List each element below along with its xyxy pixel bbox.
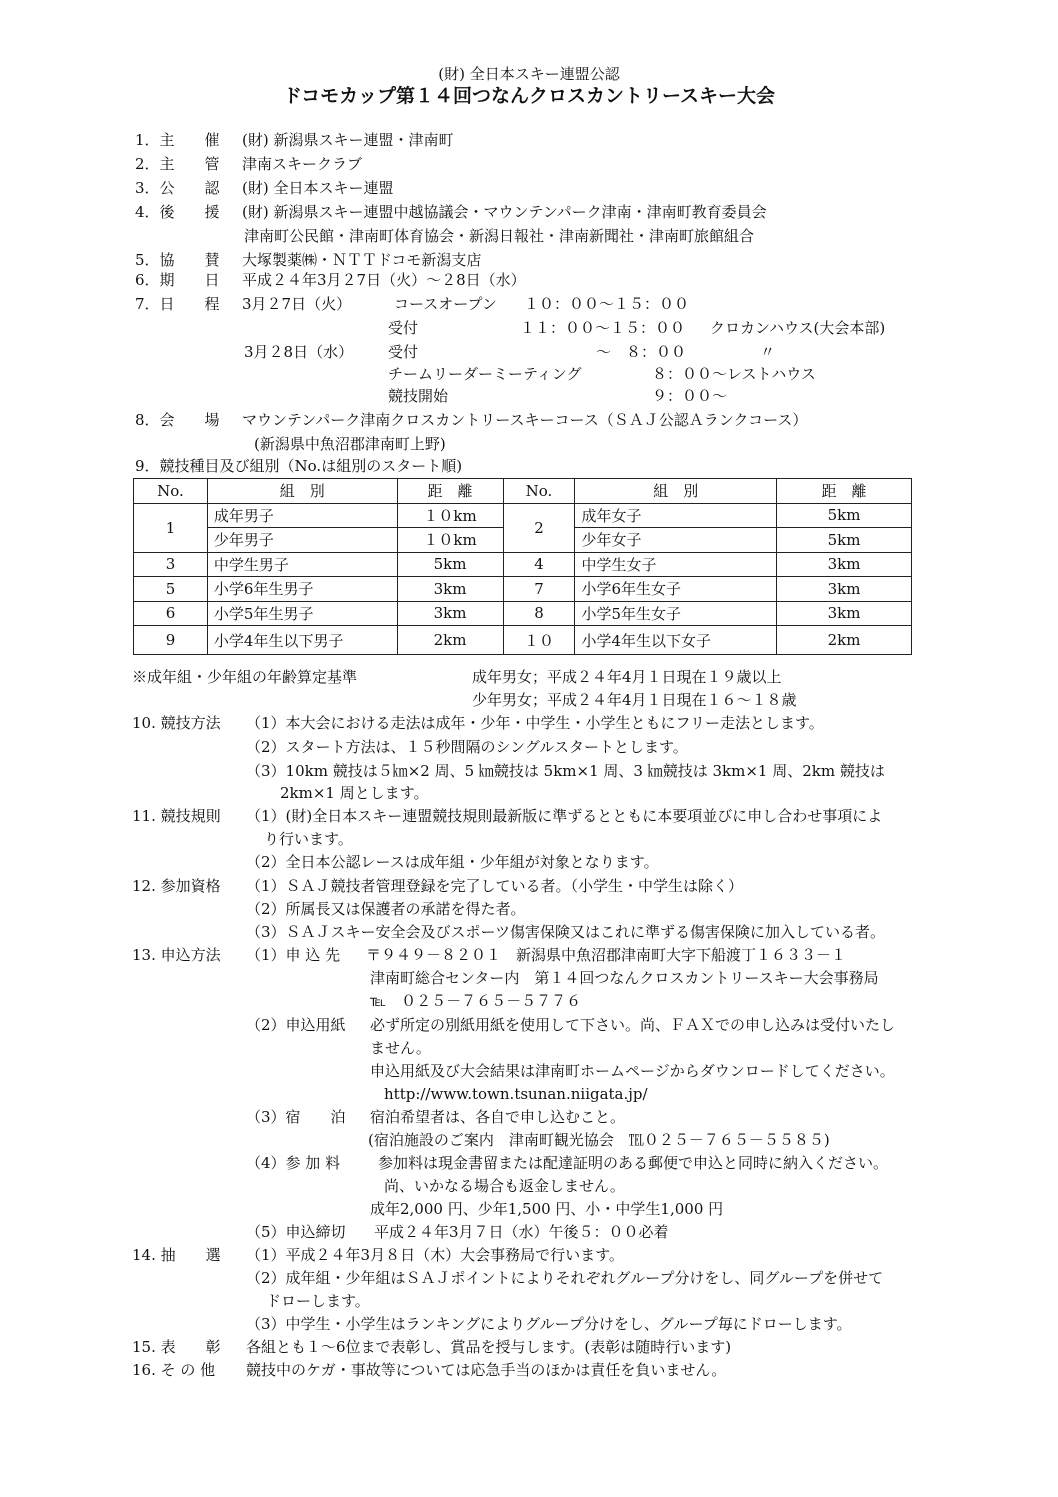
table-cell-category: 小学5年生女子 <box>575 601 777 626</box>
table-row: 5 小学6年生男子 3km 7 小学6年生女子 3km <box>134 577 912 602</box>
table-header: No. <box>134 479 208 504</box>
table-cell-category: 小学5年生男子 <box>207 601 397 626</box>
lodging-label: （3）宿 泊 <box>246 1107 346 1127</box>
schedule-day-1: 3月２7日（火） <box>242 294 351 314</box>
section-16-text: 競技中のケガ・事故等については応急手当のほかは責任を負いません。 <box>246 1360 726 1380</box>
categories-table: No. 組 別 距 離 No. 組 別 距 離 1 成年男子 １０km 2 成年… <box>133 478 912 655</box>
section-10-p3: （3）10km 競技は５㎞×2 周、5 ㎞競技は 5km×1 周、3 ㎞競技は … <box>246 761 885 781</box>
table-row: 1 成年男子 １０km 2 成年女子 5km <box>134 503 912 528</box>
item-8-text: マウンテンパーク津南クロスカントリースキーコース（ＳＡＪ公認Ａランクコース） <box>242 410 807 430</box>
document-subtitle: (財) 全日本スキー連盟公認 <box>0 64 1058 84</box>
schedule-reception-1-time: １１：００～１５：００ <box>520 318 685 338</box>
section-15-text: 各組とも１～6位まで表彰し、賞品を授与します。(表彰は随時行います) <box>246 1337 731 1357</box>
section-14-p1: （1）平成２４年3月８日（木）大会事務局で行います。 <box>246 1245 624 1265</box>
table-cell-no: 8 <box>503 601 575 626</box>
table-header: 距 離 <box>777 479 912 504</box>
table-cell-distance: 5km <box>777 528 912 553</box>
section-14-p3: （3）中学生・小学生はランキングによりグループ分けをし、グループ毎にドローします… <box>246 1314 852 1334</box>
apply-to-address: 〒９４９－８２０１ 新潟県中魚沼郡津南町大字下船渡丁１６３３－１ <box>366 945 846 965</box>
application-form-text: 必ず所定の別紙用紙を使用して下さい。尚、ＦＡＸでの申し込みは受付いたし <box>370 1015 895 1035</box>
apply-to-phone: ℡ ０２５－７６５－５７７６ <box>370 991 581 1011</box>
table-cell-category: 少年女子 <box>575 528 777 553</box>
item-3-text: (財) 全日本スキー連盟 <box>242 178 393 198</box>
schedule-start-time: ９：００～ <box>652 386 727 406</box>
entry-fee-amounts: 成年2,000 円、少年1,500 円、小・中学生1,000 円 <box>370 1199 723 1219</box>
table-cell-category: 小学4年生以下女子 <box>575 626 777 655</box>
table-cell-no: 1 <box>134 503 208 552</box>
table-cell-distance: 5km <box>777 503 912 528</box>
section-15-label: 15. 表 彰 <box>132 1337 221 1357</box>
schedule-course-open-time: １０：００～１５：００ <box>524 294 689 314</box>
table-header: 組 別 <box>575 479 777 504</box>
table-cell-no: 5 <box>134 577 208 602</box>
schedule-reception-1-label: 受付 <box>388 318 418 338</box>
table-header: No. <box>503 479 575 504</box>
section-12-p3: （3）ＳＡＪスキー安全会及びスポーツ傷害保険又はこれに準ずる傷害保険に加入してい… <box>246 922 885 942</box>
table-cell-category: 成年女子 <box>575 503 777 528</box>
table-row: 6 小学5年生男子 3km 8 小学5年生女子 3km <box>134 601 912 626</box>
entry-fee-text-2: 尚、いかなる場合も返金しません。 <box>384 1176 625 1196</box>
table-cell-distance: 3km <box>777 601 912 626</box>
section-14-p2-cont: ドローします。 <box>266 1291 370 1311</box>
entry-fee-text: 参加料は現金書留または配達証明のある郵便で申込と同時に納入ください。 <box>378 1153 888 1173</box>
apply-to-label: （1）申 込 先 <box>246 945 340 965</box>
section-11-p2: （2）全日本公認レースは成年組・少年組が対象となります。 <box>246 852 659 872</box>
schedule-meeting-label: チームリーダーミーティング <box>388 364 582 384</box>
table-cell-category: 少年男子 <box>207 528 397 553</box>
item-5-text: 大塚製薬㈱・ＮＴＴドコモ新潟支店 <box>242 250 481 270</box>
schedule-course-open-label: コースオープン <box>394 294 497 314</box>
section-12-p2: （2）所属長又は保護者の承諾を得た者。 <box>246 899 526 919</box>
table-header: 距 離 <box>397 479 503 504</box>
table-cell-distance: 3km <box>777 552 912 577</box>
deadline-label: （5）申込締切 <box>246 1222 346 1242</box>
entry-fee-label: （4）参 加 料 <box>246 1153 340 1173</box>
section-14-label: 14. 抽 選 <box>132 1245 221 1265</box>
table-cell-distance: 2km <box>777 626 912 655</box>
item-4-text-2: 津南町公民館・津南町体育協会・新潟日報社・津南新聞社・津南町旅館組合 <box>244 226 754 246</box>
table-cell-no: 3 <box>134 552 208 577</box>
table-cell-distance: 3km <box>397 577 503 602</box>
item-6-text: 平成２４年3月２7日（火）～２8日（水） <box>242 270 526 290</box>
schedule-meeting-time: ８：００～レストハウス <box>652 364 816 384</box>
schedule-reception-2-time: ～ ８：００ <box>596 342 686 362</box>
item-2-label: 2．主 管 <box>135 154 220 174</box>
table-cell-category: 中学生男子 <box>207 552 397 577</box>
item-7-label: 7．日 程 <box>135 294 220 314</box>
section-11-p1: （1）(財)全日本スキー連盟競技規則最新版に準ずるとともに本要項並びに申し合わせ… <box>246 806 882 826</box>
age-note-label: ※成年組・少年組の年齢算定基準 <box>132 667 357 687</box>
table-cell-no: 9 <box>134 626 208 655</box>
section-13-label: 13. 申込方法 <box>132 945 221 965</box>
town-website-link[interactable]: http://www.town.tsunan.niigata.jp/ <box>384 1084 648 1104</box>
table-cell-distance: １０km <box>397 528 503 553</box>
schedule-reception-1-place: クロカンハウス(大会本部) <box>710 318 885 338</box>
table-cell-category: 小学4年生以下男子 <box>207 626 397 655</box>
item-9-label: 9．競技種目及び組別（No.は組別のスタート順) <box>135 456 462 476</box>
table-cell-distance: 5km <box>397 552 503 577</box>
schedule-reception-2-label: 受付 <box>388 342 418 362</box>
table-cell-no: 6 <box>134 601 208 626</box>
application-form-text-3: 申込用紙及び大会結果は津南町ホームページからダウンロードしてください。 <box>370 1061 895 1081</box>
lodging-text: 宿泊希望者は、各自で申し込むこと。 <box>370 1107 625 1127</box>
section-10-p2: （2）スタート方法は、１５秒間隔のシングルスタートとします。 <box>246 737 688 757</box>
section-12-label: 12. 参加資格 <box>132 876 221 896</box>
table-cell-distance: 2km <box>397 626 503 655</box>
table-cell-category: 成年男子 <box>207 503 397 528</box>
table-header-row: No. 組 別 距 離 No. 組 別 距 離 <box>134 479 912 504</box>
item-3-label: 3．公 認 <box>135 178 220 198</box>
application-form-label: （2）申込用紙 <box>246 1015 346 1035</box>
schedule-day-2: 3月２8日（水） <box>244 342 353 362</box>
item-4-label: 4．後 援 <box>135 202 220 222</box>
lodging-text-2: (宿泊施設のご案内 津南町観光協会 ℡０２５－７６５－５５８５) <box>368 1130 830 1150</box>
section-11-p1-cont: り行います。 <box>264 829 353 849</box>
item-8-text-2: (新潟県中魚沼郡津南町上野) <box>254 434 446 454</box>
section-10-label: 10. 競技方法 <box>132 713 221 733</box>
section-10-p3-cont: 2km×1 周とします。 <box>280 783 429 803</box>
section-10-p1: （1）本大会における走法は成年・少年・中学生・小学生ともにフリー走法とします。 <box>246 713 824 733</box>
table-cell-category: 中学生女子 <box>575 552 777 577</box>
item-6-label: 6．期 日 <box>135 270 220 290</box>
table-cell-no: 4 <box>503 552 575 577</box>
age-note-youth: 少年男女；平成２４年4月１日現在１６～１８歳 <box>472 690 797 710</box>
item-4-text: (財) 新潟県スキー連盟中越協議会・マウンテンパーク津南・津南町教育委員会 <box>242 202 767 222</box>
section-16-label: 16. そ の 他 <box>132 1360 215 1380</box>
apply-to-office: 津南町総合センター内 第１４回つなんクロスカントリースキー大会事務局 <box>370 968 879 988</box>
table-cell-distance: 3km <box>777 577 912 602</box>
age-note-adult: 成年男女；平成２４年4月１日現在１９歳以上 <box>472 667 782 687</box>
item-1-text: (財) 新潟県スキー連盟・津南町 <box>242 130 453 150</box>
schedule-reception-2-place: 〃 <box>760 342 775 362</box>
section-12-p1: （1）ＳＡＪ競技者管理登録を完了している者。（小学生・中学生は除く） <box>246 876 743 896</box>
table-cell-distance: １０km <box>397 503 503 528</box>
section-11-label: 11. 競技規則 <box>132 806 221 826</box>
document-title: ドコモカップ第１４回つなんクロスカントリースキー大会 <box>0 86 1058 106</box>
item-8-label: 8．会 場 <box>135 410 220 430</box>
deadline-text: 平成２４年3月７日（水）午後５：００必着 <box>374 1222 669 1242</box>
table-cell-no: １０ <box>503 626 575 655</box>
item-1-label: 1．主 催 <box>135 130 220 150</box>
item-5-label: 5．協 賛 <box>135 250 220 270</box>
table-cell-category: 小学6年生男子 <box>207 577 397 602</box>
table-row: 9 小学4年生以下男子 2km １０ 小学4年生以下女子 2km <box>134 626 912 655</box>
schedule-start-label: 競技開始 <box>388 386 448 406</box>
application-form-text-2: ません。 <box>370 1038 431 1058</box>
item-2-text: 津南スキークラブ <box>242 154 362 174</box>
table-cell-no: 2 <box>503 503 575 552</box>
section-14-p2: （2）成年組・少年組はＳＡＪポイントによりそれぞれグループ分けをし、同グループを… <box>246 1268 883 1288</box>
table-header: 組 別 <box>207 479 397 504</box>
table-cell-category: 小学6年生女子 <box>575 577 777 602</box>
table-cell-no: 7 <box>503 577 575 602</box>
table-cell-distance: 3km <box>397 601 503 626</box>
table-row: 3 中学生男子 5km 4 中学生女子 3km <box>134 552 912 577</box>
